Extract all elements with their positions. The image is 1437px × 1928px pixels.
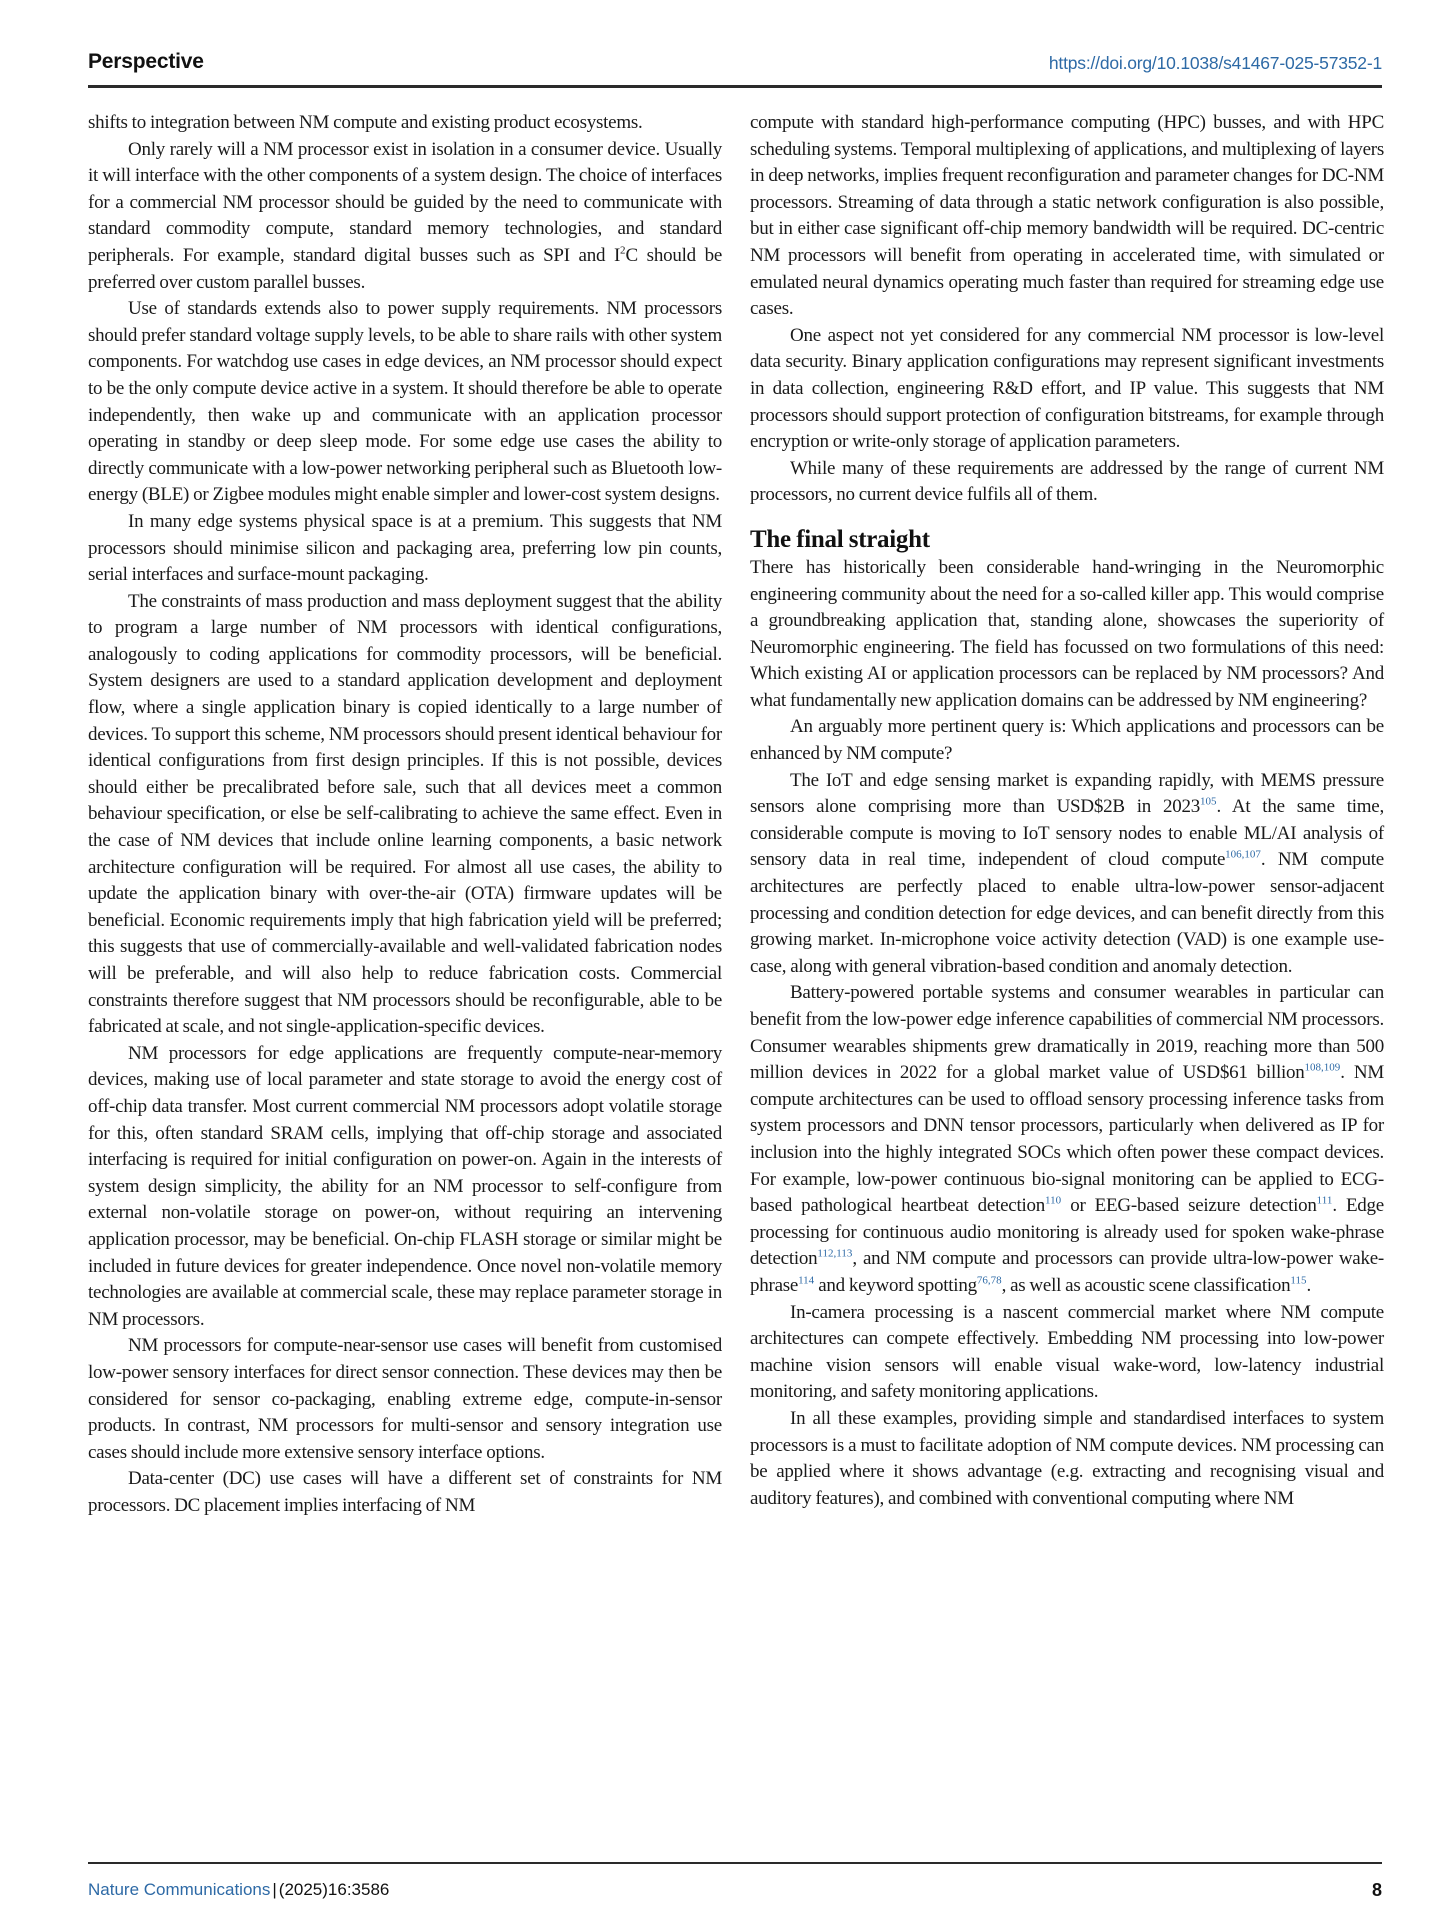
page-number: 8: [1372, 1880, 1382, 1901]
paragraph: NM processors for compute-near-sensor us…: [88, 1333, 722, 1466]
running-footer: Nature Communications|(2025)16:3586 8: [88, 1880, 1382, 1910]
paragraph: Battery-powered portable systems and con…: [750, 980, 1384, 1299]
citation-link[interactable]: 110: [1045, 1195, 1061, 1207]
left-column: shifts to integration between NM compute…: [88, 110, 722, 1519]
citation-link[interactable]: 106,107: [1225, 849, 1261, 861]
paragraph: In-camera processing is a nascent commer…: [750, 1300, 1384, 1406]
footer-rule: [88, 1862, 1382, 1864]
paragraph: compute with standard high-performance c…: [750, 110, 1384, 323]
citation-link[interactable]: 105: [1200, 796, 1217, 808]
citation-link[interactable]: 108,109: [1305, 1062, 1341, 1074]
citation-link[interactable]: 112,113: [817, 1248, 852, 1260]
paragraph: There has historically been considerable…: [750, 555, 1384, 715]
paragraph: NM processors for edge applications are …: [88, 1041, 722, 1334]
paragraph: While many of these requirements are add…: [750, 456, 1384, 509]
doi-link[interactable]: https://doi.org/10.1038/s41467-025-57352…: [1049, 53, 1382, 74]
citation-link[interactable]: 115: [1290, 1275, 1306, 1287]
paragraph-text: Battery-powered portable systems and con…: [750, 982, 1384, 1083]
header-rule: [88, 85, 1382, 88]
right-column: compute with standard high-performance c…: [750, 110, 1384, 1512]
paragraph-text: . NM compute archi­tectures can be used …: [750, 1062, 1384, 1216]
paragraph: In all these examples, providing simple …: [750, 1406, 1384, 1512]
paragraph: In many edge systems physical space is a…: [88, 509, 722, 589]
citation-link[interactable]: 111: [1317, 1195, 1333, 1207]
citation-info: (2025)16:3586: [279, 1880, 390, 1899]
paragraph: An arguably more pertinent query is: Whi…: [750, 714, 1384, 767]
citation-link[interactable]: 114: [798, 1275, 814, 1287]
paragraph-text: and keyword spotting: [814, 1275, 977, 1296]
citation-link[interactable]: 76,78: [977, 1275, 1002, 1287]
separator: |: [272, 1880, 276, 1899]
paragraph: The IoT and edge sensing market is expan…: [750, 768, 1384, 981]
paragraph: Use of standards extends also to power s…: [88, 296, 722, 509]
paragraph: shifts to integration between NM compute…: [88, 110, 722, 137]
paragraph: Only rarely will a NM processor exist in…: [88, 137, 722, 297]
journal-name-link[interactable]: Nature Communications: [88, 1880, 270, 1899]
paragraph-text: or EEG-based seizure detection: [1061, 1195, 1317, 1216]
paragraph: Data-center (DC) use cases will have a d…: [88, 1466, 722, 1519]
paragraph: The constraints of mass production and m…: [88, 589, 722, 1041]
paragraph: One aspect not yet considered for any co…: [750, 323, 1384, 456]
section-heading: The final straight: [750, 525, 1384, 555]
paragraph-text: , as well as acoustic scene classificati…: [1002, 1275, 1291, 1296]
paragraph-text: .: [1307, 1275, 1312, 1296]
section-label: Perspective: [88, 50, 204, 74]
running-header: Perspective https://doi.org/10.1038/s414…: [88, 50, 1382, 88]
